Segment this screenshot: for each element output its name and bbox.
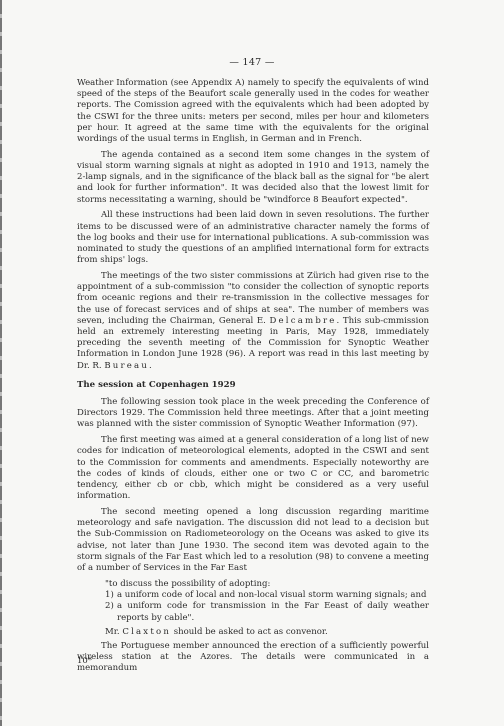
text-segment: should be asked to act as convenor. (171, 627, 328, 637)
page-number: — 147 — (0, 57, 504, 68)
paragraph-following-session: The following session took place in the … (77, 397, 429, 431)
paragraph-sub-commission: The meetings of the two sister commissio… (77, 271, 429, 372)
paragraph-resolutions: All these instructions had been laid dow… (77, 210, 429, 266)
paragraph-second-meeting: The second meeting opened a long discuss… (77, 507, 429, 574)
convenor-line: Mr. Claxton should be asked to act as co… (105, 627, 429, 638)
person-name: Bureau (104, 361, 149, 371)
scan-binding-edge (0, 0, 2, 726)
paragraph-azores-station: The Portuguese member announced the erec… (77, 641, 429, 675)
list-text: a uniform code of local and non-local vi… (117, 590, 429, 601)
page-body: Weather Information (see Appendix A) nam… (77, 78, 429, 679)
signature-mark: 10* (77, 656, 92, 666)
person-name: Delcambre (270, 316, 337, 326)
paragraph-first-meeting: The first meeting was aimed at a general… (77, 435, 429, 502)
text-segment: . (149, 361, 152, 371)
list-number: 1) (105, 590, 117, 601)
section-heading: The session at Copenhagen 1929 (77, 380, 429, 391)
text-segment: Mr. (105, 627, 122, 637)
paragraph-beaufort-equivalents: Weather Information (see Appendix A) nam… (77, 78, 429, 145)
person-name: Claxton (122, 627, 171, 637)
list-number: 2) (105, 601, 117, 623)
quote-list-item: 2) a uniform code for transmission in th… (105, 601, 429, 623)
quote-intro: "to discuss the possibility of adopting: (105, 579, 429, 590)
paragraph-storm-warning-signals: The agenda contained as a second item so… (77, 150, 429, 206)
list-text: a uniform code for transmission in the F… (117, 601, 429, 623)
quote-list-item: 1) a uniform code of local and non-local… (105, 590, 429, 601)
resolution-quote: "to discuss the possibility of adopting:… (105, 579, 429, 638)
